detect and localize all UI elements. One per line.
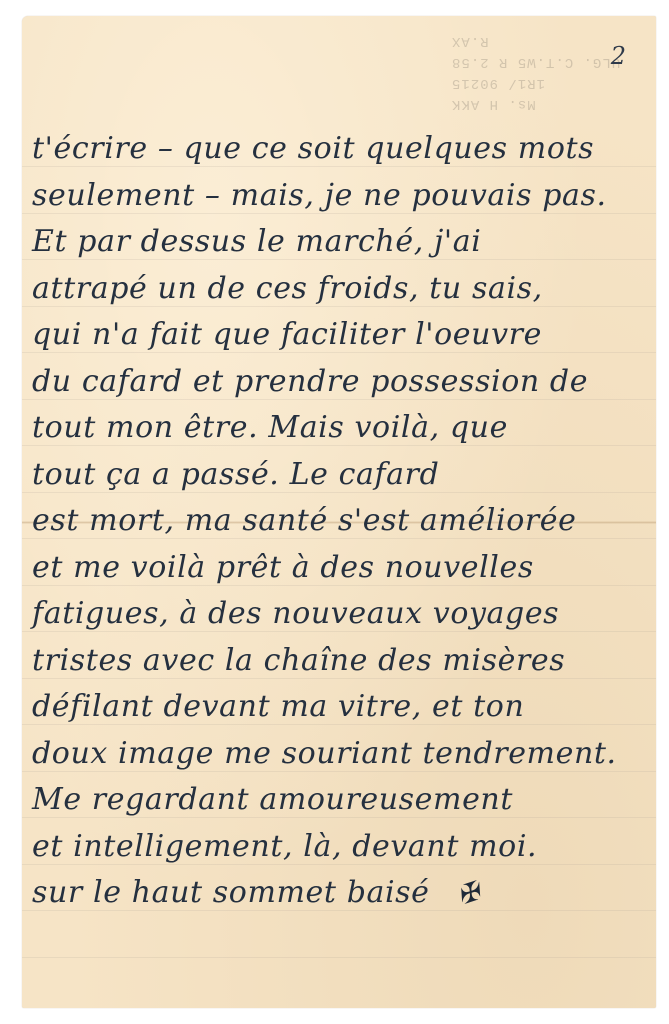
letter-line: et me voilà prêt à des nouvelles <box>32 545 648 592</box>
letter-line: attrapé un de ces froids, tu sais, <box>32 266 648 313</box>
signature-mark-icon: ✠ <box>451 869 487 920</box>
ruled-line <box>22 957 656 958</box>
letter-line: défilant devant ma vitre, et ton <box>32 684 648 731</box>
letter-line: qui n'a fait que faciliter l'oeuvre <box>32 312 648 359</box>
letter-line: et intelligement, là, devant moi. <box>32 824 648 871</box>
letter-line: tristes avec la chaîne des misères <box>32 638 648 685</box>
archive-note: ULG. C.T.W5 R 2.58 <box>451 51 620 72</box>
archive-note: 1R1/ 90215 <box>451 72 620 93</box>
letter-text: t'écrire – que ce soit quelques mots seu… <box>32 126 648 917</box>
letter-line: Et par dessus le marché, j'ai <box>32 219 648 266</box>
letter-line: du cafard et prendre possession de <box>32 359 648 406</box>
page-number: 2 <box>611 42 626 70</box>
letter-line: tout mon être. Mais voilà, que <box>32 405 648 452</box>
letter-line: seulement – mais, je ne pouvais pas. <box>32 173 648 220</box>
letter-line: doux image me souriant tendrement. <box>32 731 648 778</box>
letter-line: Me regardant amoureusement <box>32 777 648 824</box>
archive-pencil-notes: Ms. H AKK 1R1/ 90215 ULG. C.T.W5 R 2.58 … <box>451 30 620 114</box>
archive-note: R.AX <box>451 30 620 51</box>
letter-line: t'écrire – que ce soit quelques mots <box>32 126 648 173</box>
letter-page: Ms. H AKK 1R1/ 90215 ULG. C.T.W5 R 2.58 … <box>22 16 656 1008</box>
letter-line: fatigues, à des nouveaux voyages <box>32 591 648 638</box>
letter-line: sur le haut sommet baisé <box>32 875 430 910</box>
letter-line-last: sur le haut sommet baisé ✠ <box>32 870 648 917</box>
letter-line: tout ça a passé. Le cafard <box>32 452 648 499</box>
letter-line: est mort, ma santé s'est améliorée <box>32 498 648 545</box>
archive-note: Ms. H AKK <box>451 93 620 114</box>
